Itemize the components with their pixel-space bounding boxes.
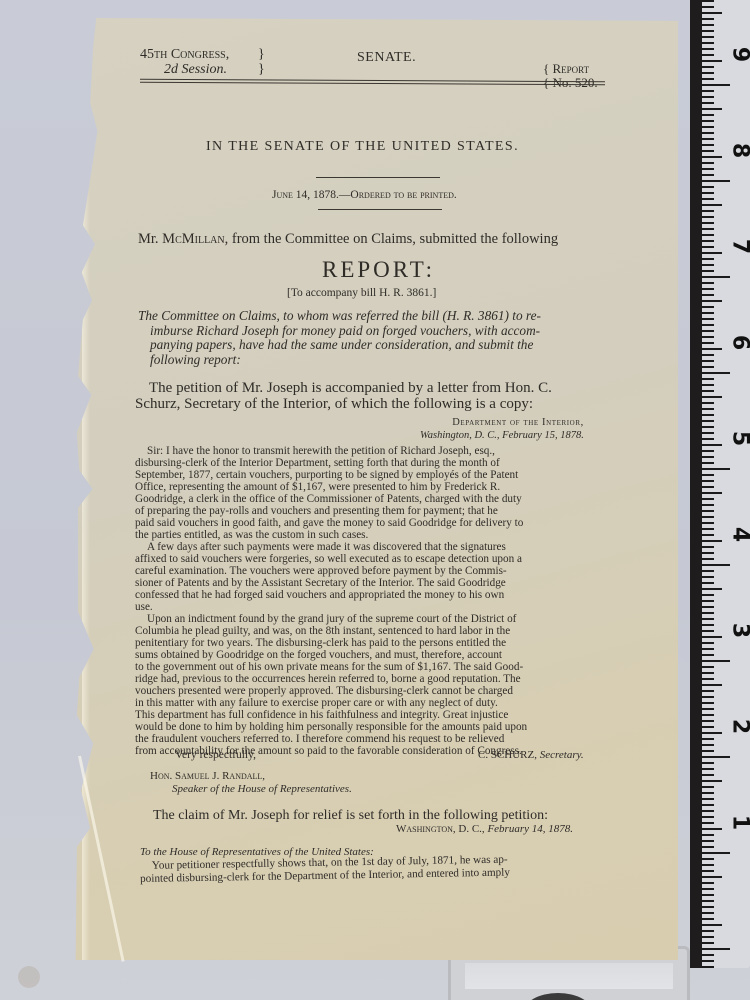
letter-line: in this matter with any failure to exerc…	[135, 697, 613, 709]
committee-paragraph: The Committee on Claims, to whom was ref…	[138, 309, 614, 367]
report-heading: REPORT:	[322, 257, 435, 283]
letter-line: Columbia he plead guilty, and was, on th…	[135, 625, 613, 637]
letter-line: the parties entitled, as was the custom …	[135, 529, 613, 541]
letter-line: Goodridge, a clerk in the office of the …	[135, 493, 613, 505]
intro-paragraph: The petition of Mr. Joseph is accompanie…	[135, 381, 613, 412]
letter-line: affixed to said vouchers were forgeries,…	[135, 553, 613, 565]
report-number: { Report { No. 520.	[543, 62, 598, 90]
letter-line: Upon an indictment found by the grand ju…	[135, 613, 613, 625]
letter-line: September, 1877, certain vouchers, purpo…	[135, 469, 613, 481]
addressee-name: Hon. Samuel J. Randall,	[150, 770, 352, 783]
letter-line: sums obtained by Goodridge on the forged…	[135, 649, 613, 661]
signature-title: Secretary.	[540, 749, 584, 761]
paragraph-line: The Committee on Claims, to whom was ref…	[138, 309, 614, 324]
letter-line: paid said vouchers in good faith, and ga…	[135, 517, 613, 529]
letter-line: ridge had, previous to the occurrences h…	[135, 673, 613, 685]
ordered-printed-line: June 14, 1878.—Ordered to be printed.	[272, 189, 457, 201]
signature: C. SCHURZ, Secretary.	[478, 749, 584, 761]
ordered-rule	[318, 209, 442, 210]
letter-line: Sir: I have the honor to transmit herewi…	[135, 445, 613, 457]
paragraph-line: imburse Richard Joseph for money paid on…	[138, 324, 614, 339]
header-double-rule	[140, 79, 605, 85]
letter-line: Office, representing the amount of $1,16…	[135, 481, 613, 493]
petition-date: February 14, 1878.	[487, 823, 573, 835]
addressee-block: Hon. Samuel J. Randall, Speaker of the H…	[150, 770, 352, 796]
submitted-text: , from the Committee on Claims, submitte…	[225, 231, 558, 247]
petition-place: Washington,	[396, 823, 458, 835]
paragraph-line: panying papers, have had the same under …	[138, 338, 614, 353]
brace-icon: }}	[258, 47, 265, 77]
letter-dateline: Department of the Interior, Washington, …	[390, 416, 584, 442]
closing-line: Very respectfully,	[175, 749, 256, 761]
addressee-title: Speaker of the House of Representatives.	[150, 783, 352, 796]
submitted-by-line: Mr. McMillan, from the Committee on Clai…	[138, 231, 558, 248]
letter-line: penitentiary for two years. The disbursi…	[135, 637, 613, 649]
letter-line: This department has full confidence in h…	[135, 709, 613, 721]
paragraph-line: Schurz, Secretary of the Interior, of wh…	[135, 397, 613, 413]
letter-line: would be done to him by holding him pers…	[135, 721, 613, 733]
letter-line: careful examination. The vouchers were a…	[135, 565, 613, 577]
petition-body: Your petitioner respectfully shows that,…	[140, 854, 510, 886]
letter-line: confessed that he had forged said vouche…	[135, 589, 613, 601]
department-label: Department of the Interior,	[390, 416, 584, 429]
senator-name: McMillan	[162, 231, 224, 247]
letter-line: to the government out of his own private…	[135, 661, 613, 673]
signature-name: C. SCHURZ,	[478, 749, 540, 761]
paragraph-line: following report:	[138, 353, 614, 368]
document-title: IN THE SENATE OF THE UNITED STATES.	[206, 139, 519, 155]
document-text: 45th Congress, 2d Session. }} SENATE. { …	[0, 0, 750, 1000]
letter-line: of preparing the pay-rolls and vouchers …	[135, 505, 613, 517]
letter-body: Sir: I have the honor to transmit herewi…	[135, 445, 613, 757]
session-label: 2d Session.	[140, 62, 229, 77]
letter-line: sioner of Patents and by the Assistant S…	[135, 577, 613, 589]
paragraph-line: The petition of Mr. Joseph is accompanie…	[135, 381, 613, 397]
chamber-label: SENATE.	[357, 50, 416, 66]
petition-dateline: Washington, D. C., February 14, 1878.	[396, 823, 573, 835]
letter-line: A few days after such payments were made…	[135, 541, 613, 553]
letter-place-date: Washington, D. C., February 15, 1878.	[390, 429, 584, 442]
congress-session: 45th Congress, 2d Session.	[140, 47, 229, 77]
letter-line: the fraudulent vouchers referred to. I t…	[135, 733, 613, 745]
claim-line: The claim of Mr. Joseph for relief is se…	[153, 808, 548, 824]
petition-district: D. C.,	[458, 823, 487, 835]
letter-line: vouchers presented were properly approve…	[135, 685, 613, 697]
accompany-bill-note: [To accompany bill H. R. 3861.]	[287, 287, 436, 299]
submitted-prefix: Mr.	[138, 231, 162, 247]
letter-line: disbursing-clerk of the Interior Departm…	[135, 457, 613, 469]
title-rule	[316, 177, 440, 178]
report-label: { Report	[543, 62, 598, 76]
congress-label: 45th Congress,	[140, 47, 229, 62]
letter-line: use.	[135, 601, 613, 613]
